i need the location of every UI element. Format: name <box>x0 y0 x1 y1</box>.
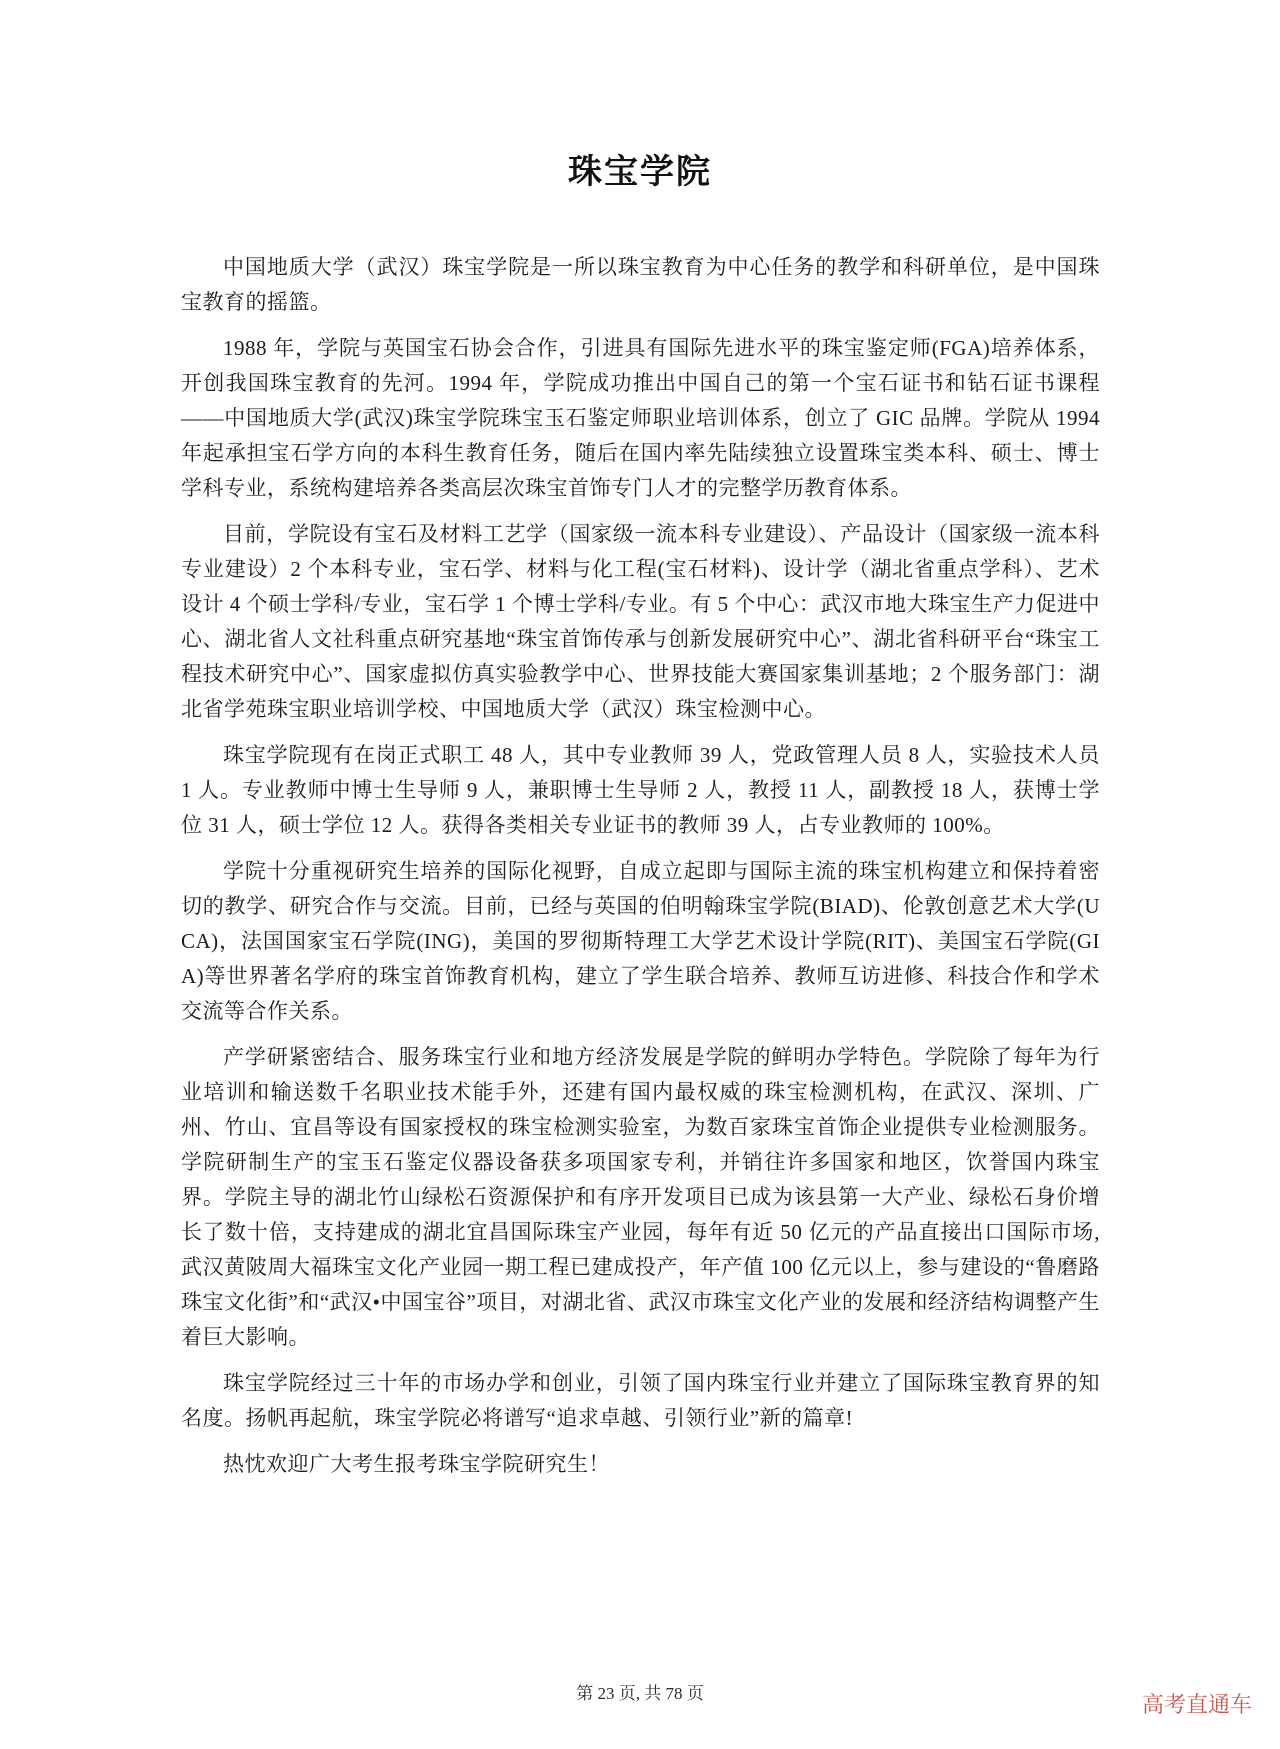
body-paragraph-2: 1988 年，学院与英国宝石协会合作，引进具有国际先进水平的珠宝鉴定师(FGA)… <box>181 331 1100 506</box>
page-number: 第 23 页, 共 78 页 <box>0 1683 1280 1705</box>
body-paragraph-7: 珠宝学院经过三十年的市场办学和创业，引领了国内珠宝行业并建立了国际珠宝教育界的知… <box>181 1366 1100 1436</box>
page-title: 珠宝学院 <box>0 152 1280 192</box>
watermark-text: 高考直通车 <box>1142 1694 1252 1718</box>
document-body: 中国地质大学（武汉）珠宝学院是一所以珠宝教育为中心任务的教学和科研单位，是中国珠… <box>181 250 1100 1493</box>
body-paragraph-6: 产学研紧密结合、服务珠宝行业和地方经济发展是学院的鲜明办学特色。学院除了每年为行… <box>181 1040 1100 1355</box>
body-paragraph-5: 学院十分重视研究生培养的国际化视野，自成立起即与国际主流的珠宝机构建立和保持着密… <box>181 854 1100 1029</box>
body-paragraph-4: 珠宝学院现有在岗正式职工 48 人，其中专业教师 39 人，党政管理人员 8 人… <box>181 738 1100 843</box>
body-paragraph-3: 目前，学院设有宝石及材料工艺学（国家级一流本科专业建设）、产品设计（国家级一流本… <box>181 517 1100 727</box>
body-paragraph-1: 中国地质大学（武汉）珠宝学院是一所以珠宝教育为中心任务的教学和科研单位，是中国珠… <box>181 250 1100 320</box>
body-paragraph-8: 热忱欢迎广大考生报考珠宝学院研究生！ <box>181 1447 1100 1482</box>
document-page: 珠宝学院 中国地质大学（武汉）珠宝学院是一所以珠宝教育为中心任务的教学和科研单位… <box>0 0 1280 1749</box>
